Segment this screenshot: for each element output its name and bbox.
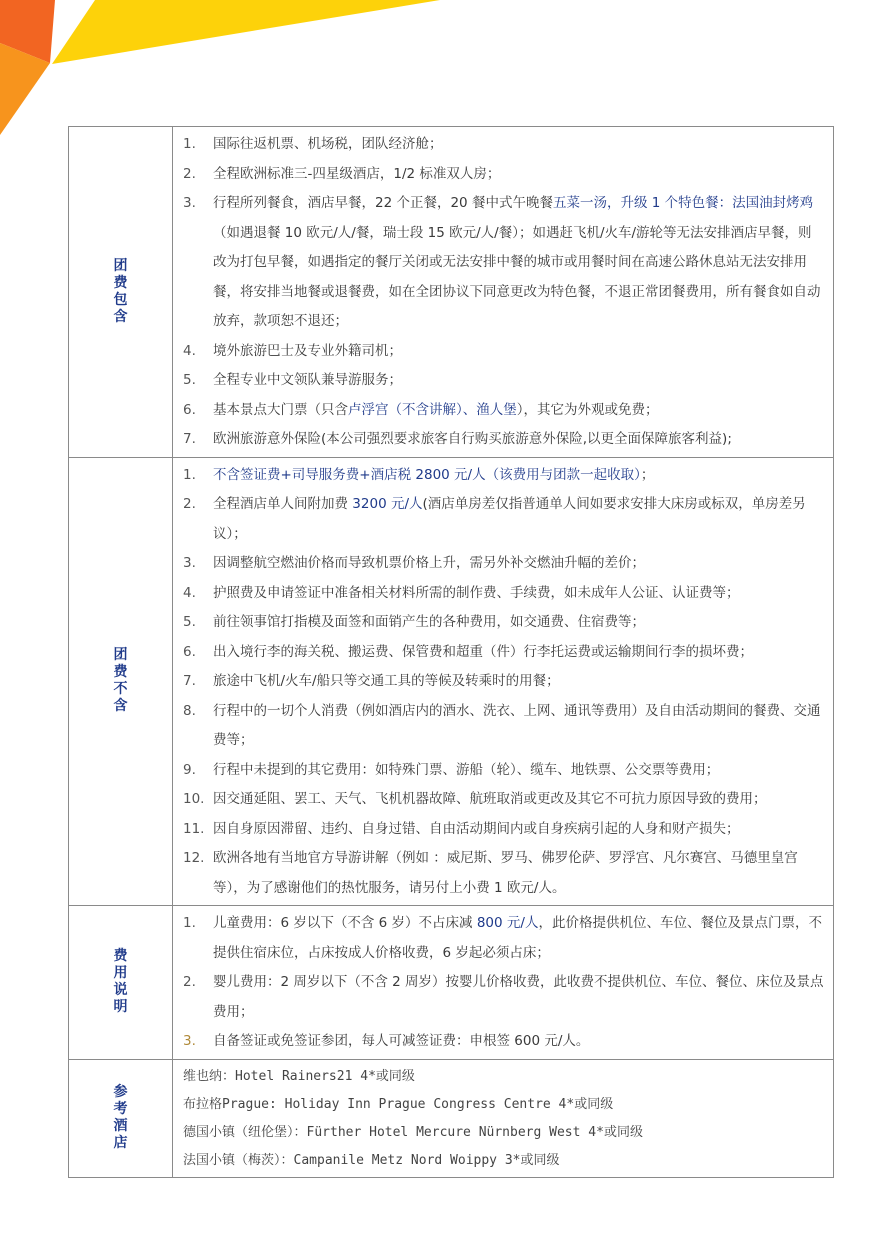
section-label: 团费包含 (113, 258, 129, 326)
item-number: 6. (183, 638, 213, 668)
highlighted-text: 不含签证费+司导服务费+酒店税 2800 元/人（该费用与团款一起收取） (213, 467, 641, 483)
text-segment: 全程专业中文领队兼导游服务； (213, 372, 402, 388)
text-segment: 旅途中飞机/火车/船只等交通工具的等候及转乘时的用餐； (213, 673, 560, 689)
item-text: 旅途中飞机/火车/船只等交通工具的等候及转乘时的用餐； (213, 667, 825, 697)
item-text: 儿童费用：6 岁以下（不含 6 岁）不占床减 800 元/人，此价格提供机位、车… (213, 909, 825, 968)
hotel-name: Prague: Holiday Inn Prague Congress Cent… (222, 1097, 574, 1112)
item-text: 行程中未提到的其它费用：如特殊门票、游船（轮）、缆车、地铁票、公交票等费用； (213, 756, 825, 786)
item-text: 自备签证或免签证参团，每人可减签证费：申根签 600 元/人。 (213, 1027, 825, 1057)
item-number: 2. (183, 490, 213, 549)
item-text: 护照费及申请签证中准备相关材料所需的制作费、手续费，如未成年人公证、认证费等； (213, 579, 825, 609)
item-number: 9. (183, 756, 213, 786)
highlighted-text: 五菜一汤，升级 1 个特色餐：法国油封烤鸡 (553, 195, 813, 211)
tour-fee-table: 团费包含1.国际往返机票、机场税，团队经济舱；2.全程欧洲标准三-四星级酒店，1… (68, 126, 834, 1178)
list-item: 1.儿童费用：6 岁以下（不含 6 岁）不占床减 800 元/人，此价格提供机位… (183, 909, 825, 968)
text-segment: （如遇退餐 10 欧元/人/餐，瑞士段 15 欧元/人/餐）；如遇赶飞机/火车/… (213, 225, 821, 330)
text-segment: 因调整航空燃油价格而导致机票价格上升，需另外补交燃油升幅的差价； (213, 555, 645, 571)
text-segment: 出入境行李的海关税、搬运费、保管费和超重（件）行李托运费或运输期间行李的损坏费； (213, 644, 753, 660)
highlighted-text: 800 元/人 (477, 915, 539, 931)
text-segment: 行程中的一切个人消费（例如酒店内的酒水、洗衣、上网、通讯等费用）及自由活动期间的… (213, 703, 821, 749)
list-item: 4.境外旅游巴士及专业外籍司机； (183, 337, 825, 367)
list-item: 2.全程欧洲标准三-四星级酒店，1/2 标准双人房； (183, 160, 825, 190)
hotel-city: 德国小镇（纽伦堡）： (183, 1125, 307, 1140)
list-item: 1.国际往返机票、机场税，团队经济舱； (183, 130, 825, 160)
section-row-fee-included: 团费包含1.国际往返机票、机场税，团队经济舱；2.全程欧洲标准三-四星级酒店，1… (69, 127, 834, 458)
item-number: 6. (183, 396, 213, 426)
hotel-entry: 德国小镇（纽伦堡）：Fürther Hotel Mercure Nürnberg… (183, 1119, 825, 1147)
list-item: 2.全程酒店单人间附加费 3200 元/人(酒店单房差仅指普通单人间如要求安排大… (183, 490, 825, 549)
text-segment: 儿童费用：6 岁以下（不含 6 岁）不占床减 (213, 915, 477, 931)
list-item: 3.行程所列餐食，酒店早餐，22 个正餐，20 餐中式午晚餐五菜一汤，升级 1 … (183, 189, 825, 337)
list-item: 3.自备签证或免签证参团，每人可减签证费：申根签 600 元/人。 (183, 1027, 825, 1057)
section-label: 参考酒店 (113, 1084, 129, 1152)
item-text: 全程欧洲标准三-四星级酒店，1/2 标准双人房； (213, 160, 825, 190)
text-segment: 因自身原因滞留、违约、自身过错、自由活动期间内或自身疾病引起的人身和财产损失； (213, 821, 740, 837)
list-item: 8.行程中的一切个人消费（例如酒店内的酒水、洗衣、上网、通讯等费用）及自由活动期… (183, 697, 825, 756)
hotel-entry: 布拉格Prague: Holiday Inn Prague Congress C… (183, 1091, 825, 1119)
list-item: 5.前往领事馆打指模及面签和面销产生的各种费用，如交通费、住宿费等； (183, 608, 825, 638)
item-text: 行程所列餐食，酒店早餐，22 个正餐，20 餐中式午晚餐五菜一汤，升级 1 个特… (213, 189, 825, 337)
text-segment: 全程欧洲标准三-四星级酒店，1/2 标准双人房； (213, 166, 500, 182)
section-content-cell: 1.国际往返机票、机场税，团队经济舱；2.全程欧洲标准三-四星级酒店，1/2 标… (173, 127, 834, 458)
item-number: 1. (183, 130, 213, 160)
item-list: 1.不含签证费+司导服务费+酒店税 2800 元/人（该费用与团款一起收取）；2… (183, 461, 825, 904)
item-text: 因自身原因滞留、违约、自身过错、自由活动期间内或自身疾病引起的人身和财产损失； (213, 815, 825, 845)
item-text: 行程中的一切个人消费（例如酒店内的酒水、洗衣、上网、通讯等费用）及自由活动期间的… (213, 697, 825, 756)
item-number: 12. (183, 844, 213, 903)
list-item: 5.全程专业中文领队兼导游服务； (183, 366, 825, 396)
item-number: 4. (183, 579, 213, 609)
text-segment: 全程酒店单人间附加费 (213, 496, 352, 512)
item-number: 5. (183, 608, 213, 638)
hotel-name: Hotel Rainers21 4* (235, 1069, 376, 1084)
item-text: 国际往返机票、机场税，团队经济舱； (213, 130, 825, 160)
section-row-reference-hotels: 参考酒店维也纳：Hotel Rainers21 4*或同级布拉格Prague: … (69, 1059, 834, 1177)
hotel-name: Campanile Metz Nord Woippy 3* (294, 1153, 521, 1168)
item-text: 因交通延阻、罢工、天气、飞机机器故障、航班取消或更改及其它不可抗力原因导致的费用… (213, 785, 825, 815)
list-item: 10.因交通延阻、罢工、天气、飞机机器故障、航班取消或更改及其它不可抗力原因导致… (183, 785, 825, 815)
item-number: 1. (183, 909, 213, 968)
text-segment: 基本景点大门票（只含 (213, 402, 348, 418)
item-number: 3. (183, 189, 213, 337)
list-item: 9.行程中未提到的其它费用：如特殊门票、游船（轮）、缆车、地铁票、公交票等费用； (183, 756, 825, 786)
item-number: 2. (183, 968, 213, 1027)
section-label-cell: 团费不含 (69, 457, 173, 906)
item-text: 不含签证费+司导服务费+酒店税 2800 元/人（该费用与团款一起收取）； (213, 461, 825, 491)
text-segment: 国际往返机票、机场税，团队经济舱； (213, 136, 443, 152)
hotel-name: Fürther Hotel Mercure Nürnberg West 4* (307, 1125, 604, 1140)
text-segment: 境外旅游巴士及专业外籍司机； (213, 343, 402, 359)
highlighted-text: 卢浮宫（不含讲解）、渔人堡 (348, 402, 517, 418)
item-text: 全程酒店单人间附加费 3200 元/人(酒店单房差仅指普通单人间如要求安排大床房… (213, 490, 825, 549)
item-text: 欧洲旅游意外保险(本公司强烈要求旅客自行购买旅游意外保险,以更全面保障旅客利益)… (213, 425, 825, 455)
highlighted-text: 3200 元/人 (352, 496, 422, 512)
hotel-city: 维也纳： (183, 1069, 235, 1084)
text-segment: 护照费及申请签证中准备相关材料所需的制作费、手续费，如未成年人公证、认证费等； (213, 585, 740, 601)
item-number: 5. (183, 366, 213, 396)
text-segment: 自备签证或免签证参团，每人可减签证费：申根签 600 元/人。 (213, 1033, 589, 1049)
hotel-city: 法国小镇（梅茨）： (183, 1153, 294, 1168)
text-segment: 行程所列餐食，酒店早餐，22 个正餐，20 餐中式午晚餐 (213, 195, 553, 211)
item-number: 10. (183, 785, 213, 815)
text-segment: 婴儿费用：2 周岁以下（不含 2 周岁）按婴儿价格收费，此收费不提供机位、车位、… (213, 974, 824, 1020)
text-segment: 行程中未提到的其它费用：如特殊门票、游船（轮）、缆车、地铁票、公交票等费用； (213, 762, 719, 778)
section-label-cell: 团费包含 (69, 127, 173, 458)
decorative-header-shapes (0, 0, 888, 140)
item-number: 3. (183, 549, 213, 579)
hotel-suffix: 或同级 (574, 1097, 613, 1112)
text-segment: 前往领事馆打指模及面签和面销产生的各种费用，如交通费、住宿费等； (213, 614, 645, 630)
section-content-cell: 维也纳：Hotel Rainers21 4*或同级布拉格Prague: Holi… (173, 1059, 834, 1177)
item-number: 8. (183, 697, 213, 756)
item-text: 出入境行李的海关税、搬运费、保管费和超重（件）行李托运费或运输期间行李的损坏费； (213, 638, 825, 668)
item-text: 欧洲各地有当地官方导游讲解（例如 ：威尼斯、罗马、佛罗伦萨、罗浮宫、凡尔赛宫、马… (213, 844, 825, 903)
list-item: 1.不含签证费+司导服务费+酒店税 2800 元/人（该费用与团款一起收取）； (183, 461, 825, 491)
item-text: 境外旅游巴士及专业外籍司机； (213, 337, 825, 367)
hotel-suffix: 或同级 (376, 1069, 415, 1084)
list-item: 4.护照费及申请签证中准备相关材料所需的制作费、手续费，如未成年人公证、认证费等… (183, 579, 825, 609)
list-item: 7.欧洲旅游意外保险(本公司强烈要求旅客自行购买旅游意外保险,以更全面保障旅客利… (183, 425, 825, 455)
hotel-suffix: 或同级 (521, 1153, 560, 1168)
section-label: 团费不含 (113, 647, 129, 715)
item-text: 前往领事馆打指模及面签和面销产生的各种费用，如交通费、住宿费等； (213, 608, 825, 638)
item-text: 基本景点大门票（只含卢浮宫（不含讲解）、渔人堡），其它为外观或免费； (213, 396, 825, 426)
text-segment: ； (641, 467, 655, 483)
section-row-fee-notes: 费用说明1.儿童费用：6 岁以下（不含 6 岁）不占床减 800 元/人，此价格… (69, 906, 834, 1060)
item-list: 1.儿童费用：6 岁以下（不含 6 岁）不占床减 800 元/人，此价格提供机位… (183, 909, 825, 1057)
item-number: 1. (183, 461, 213, 491)
section-row-fee-excluded: 团费不含1.不含签证费+司导服务费+酒店税 2800 元/人（该费用与团款一起收… (69, 457, 834, 906)
list-item: 3.因调整航空燃油价格而导致机票价格上升，需另外补交燃油升幅的差价； (183, 549, 825, 579)
text-segment: 欧洲旅游意外保险(本公司强烈要求旅客自行购买旅游意外保险,以更全面保障旅客利益)… (213, 431, 732, 447)
text-segment: 欧洲各地有当地官方导游讲解（例如 ：威尼斯、罗马、佛罗伦萨、罗浮宫、凡尔赛宫、马… (213, 850, 798, 896)
text-segment: ），其它为外观或免费； (517, 402, 659, 418)
list-item: 6.出入境行李的海关税、搬运费、保管费和超重（件）行李托运费或运输期间行李的损坏… (183, 638, 825, 668)
item-number: 7. (183, 425, 213, 455)
item-text: 因调整航空燃油价格而导致机票价格上升，需另外补交燃油升幅的差价； (213, 549, 825, 579)
section-content-cell: 1.不含签证费+司导服务费+酒店税 2800 元/人（该费用与团款一起收取）；2… (173, 457, 834, 906)
item-list: 1.国际往返机票、机场税，团队经济舱；2.全程欧洲标准三-四星级酒店，1/2 标… (183, 130, 825, 455)
hotel-suffix: 或同级 (604, 1125, 643, 1140)
list-item: 11.因自身原因滞留、违约、自身过错、自由活动期间内或自身疾病引起的人身和财产损… (183, 815, 825, 845)
list-item: 12.欧洲各地有当地官方导游讲解（例如 ：威尼斯、罗马、佛罗伦萨、罗浮宫、凡尔赛… (183, 844, 825, 903)
hotel-entry: 法国小镇（梅茨）：Campanile Metz Nord Woippy 3*或同… (183, 1147, 825, 1175)
hotel-city: 布拉格 (183, 1097, 222, 1112)
list-item: 7.旅途中飞机/火车/船只等交通工具的等候及转乘时的用餐； (183, 667, 825, 697)
item-number: 7. (183, 667, 213, 697)
list-item: 6.基本景点大门票（只含卢浮宫（不含讲解）、渔人堡），其它为外观或免费； (183, 396, 825, 426)
item-number: 11. (183, 815, 213, 845)
text-segment: 因交通延阻、罢工、天气、飞机机器故障、航班取消或更改及其它不可抗力原因导致的费用… (213, 791, 767, 807)
section-label-cell: 费用说明 (69, 906, 173, 1060)
item-text: 婴儿费用：2 周岁以下（不含 2 周岁）按婴儿价格收费，此收费不提供机位、车位、… (213, 968, 825, 1027)
section-label: 费用说明 (113, 948, 129, 1016)
section-content-cell: 1.儿童费用：6 岁以下（不含 6 岁）不占床减 800 元/人，此价格提供机位… (173, 906, 834, 1060)
list-item: 2.婴儿费用：2 周岁以下（不含 2 周岁）按婴儿价格收费，此收费不提供机位、车… (183, 968, 825, 1027)
hotel-entry: 维也纳：Hotel Rainers21 4*或同级 (183, 1063, 825, 1091)
item-number: 4. (183, 337, 213, 367)
item-number: 3. (183, 1027, 213, 1057)
section-label-cell: 参考酒店 (69, 1059, 173, 1177)
item-number: 2. (183, 160, 213, 190)
item-text: 全程专业中文领队兼导游服务； (213, 366, 825, 396)
